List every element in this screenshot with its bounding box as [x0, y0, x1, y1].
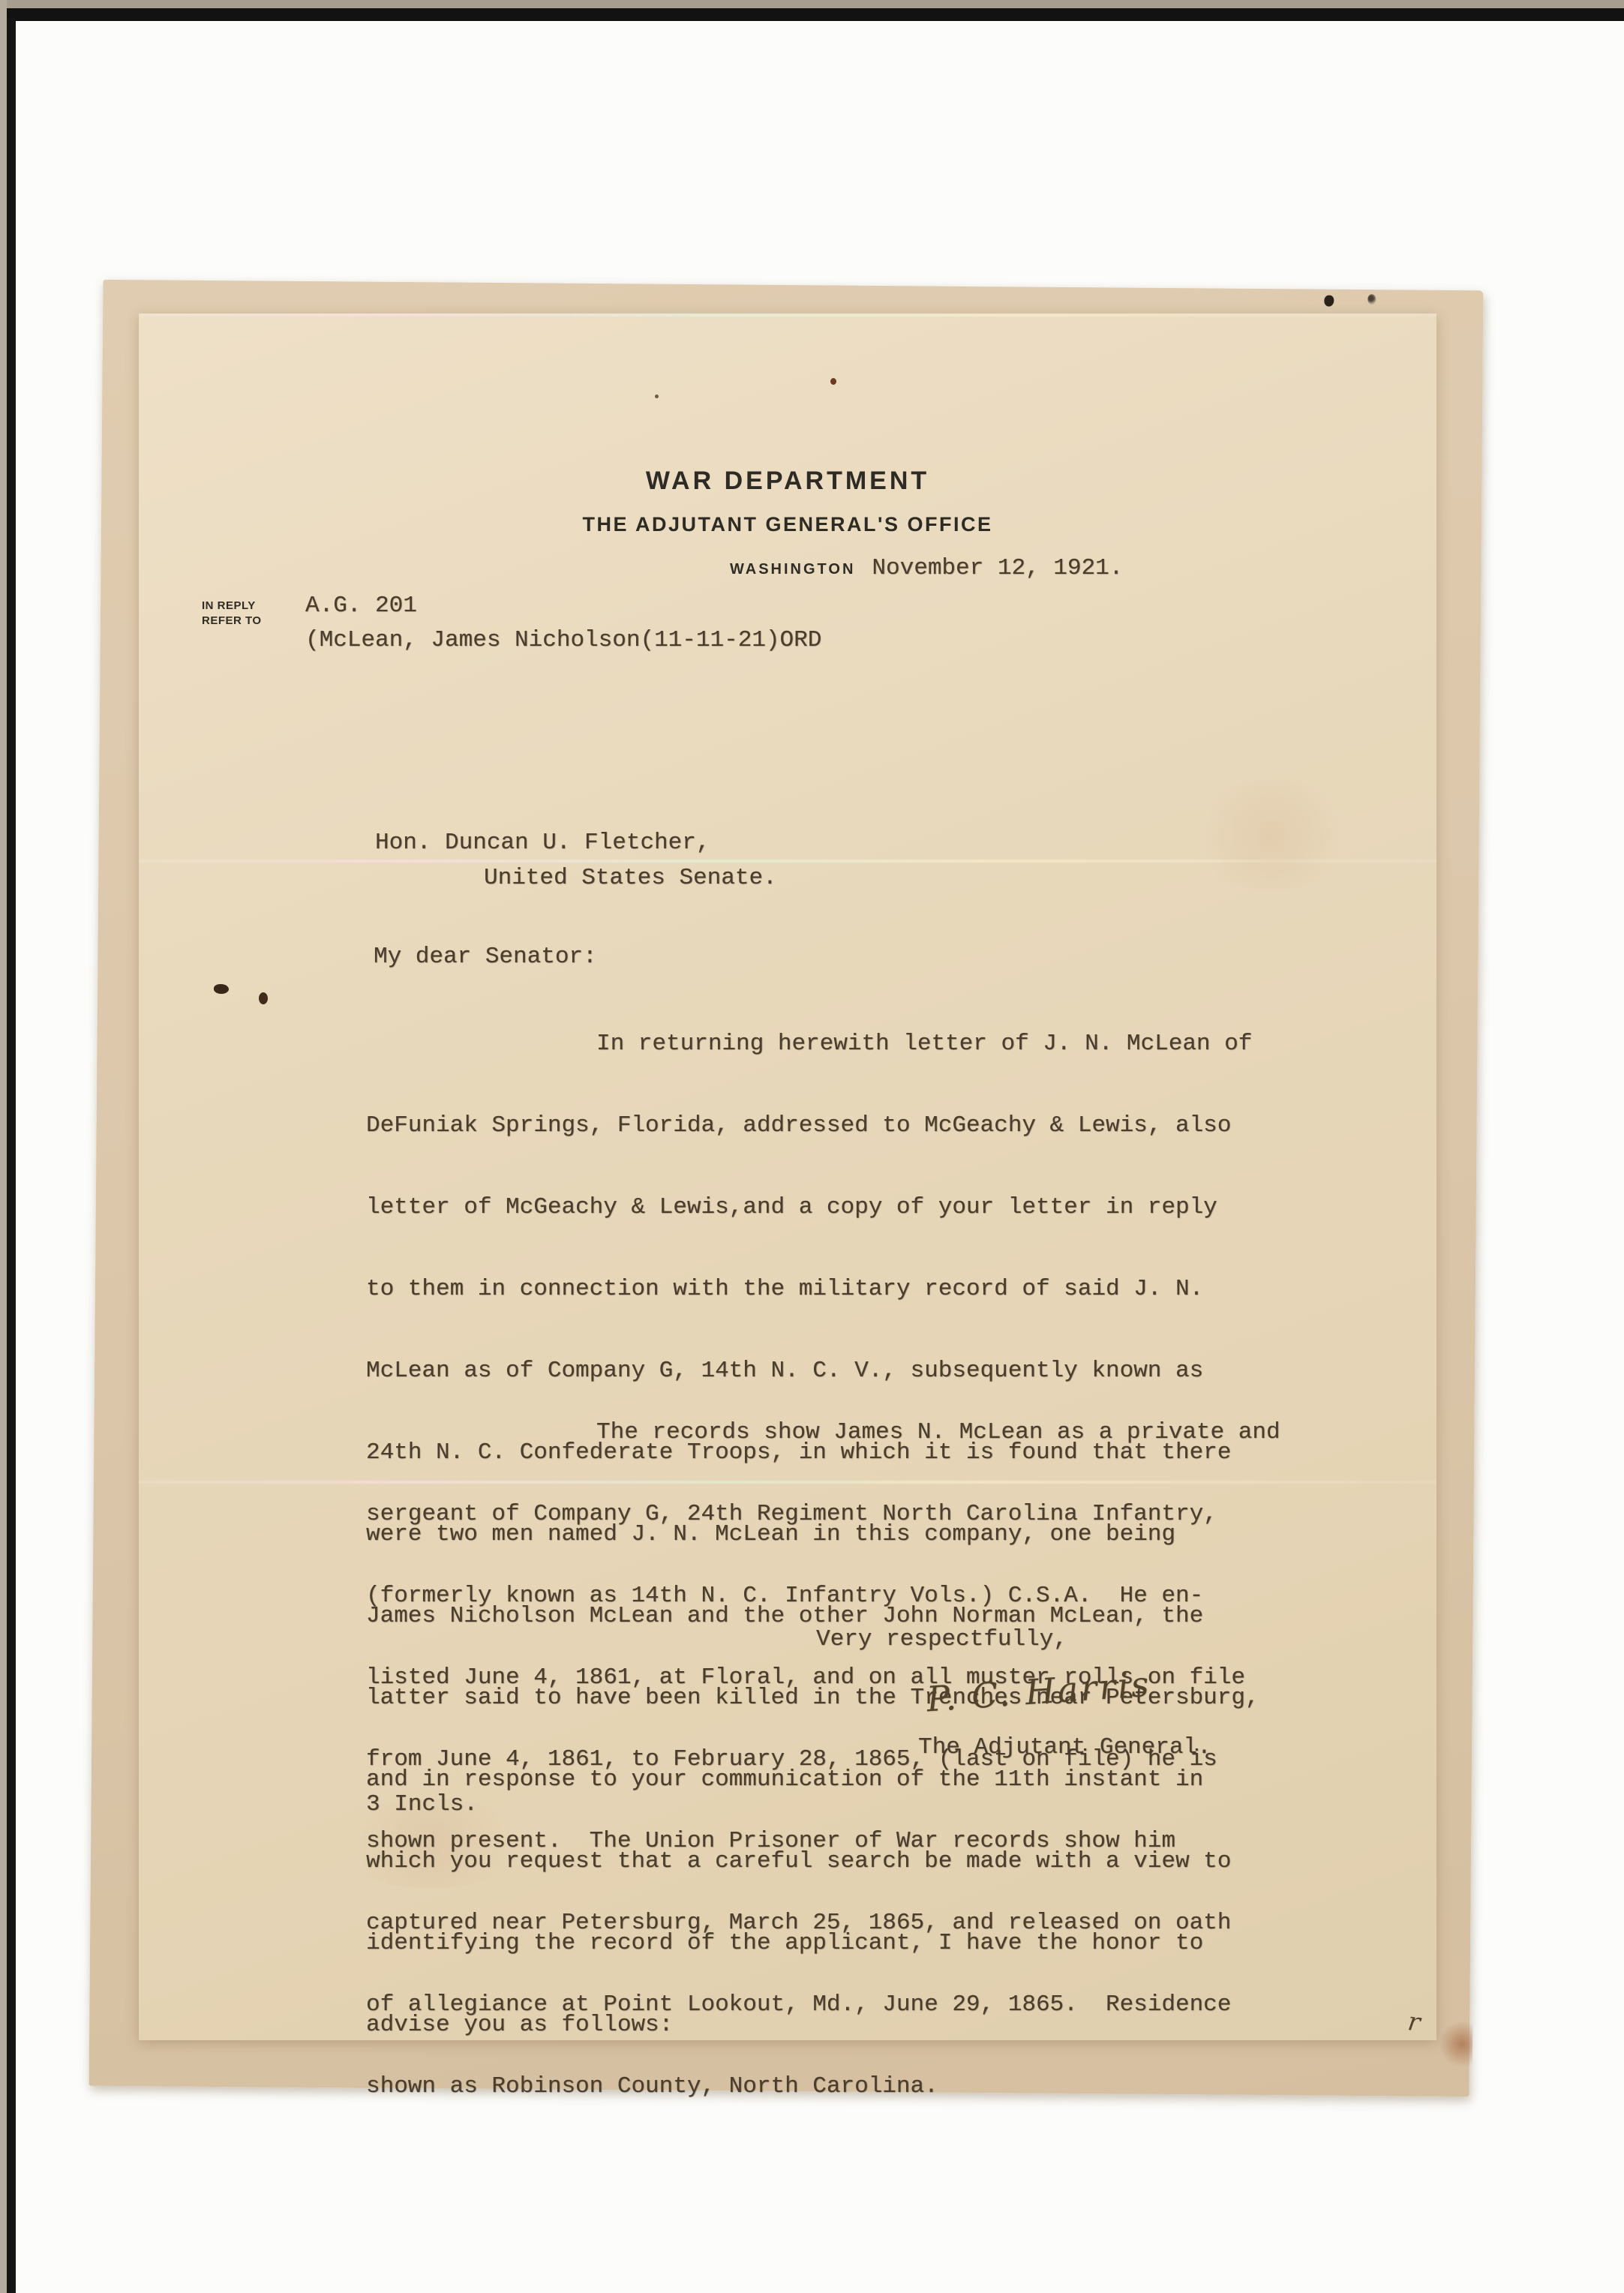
valediction: Very respectfully, [816, 1626, 1067, 1652]
ink-dot [1367, 294, 1376, 305]
letterhead-department: WAR DEPARTMENT [139, 467, 1436, 496]
salutation: My dear Senator: [374, 944, 597, 970]
letterhead-city: WASHINGTON [730, 561, 855, 578]
paper-crease [139, 314, 1436, 317]
body-line: shown as Robinson County, North Carolina… [366, 2072, 1341, 2101]
refer-to-line: REFER TO [202, 614, 262, 629]
letter-date: November 12, 1921. [872, 555, 1123, 581]
file-reference: (McLean, James Nicholson(11-11-21)ORD [305, 627, 821, 653]
body-line: The records show James N. McLean as a pr… [366, 1418, 1341, 1447]
body-line: In returning herewith letter of J. N. Mc… [366, 1029, 1341, 1058]
body-line: to them in connection with the military … [366, 1274, 1341, 1304]
body-line: shown present. The Union Prisoner of War… [366, 1826, 1341, 1856]
recipient-org: United States Senate. [484, 865, 777, 891]
scanner-edge-top-black [0, 8, 1624, 21]
letter-page: WAR DEPARTMENT THE ADJUTANT GENERAL'S OF… [139, 314, 1436, 2040]
body-line: sergeant of Company G, 24th Regiment Nor… [366, 1499, 1341, 1529]
scanner-edge-left-black [7, 18, 16, 2293]
in-reply-line: IN REPLY [202, 599, 262, 614]
signer-title: The Adjutant General. [918, 1734, 1211, 1760]
paper-stain [1189, 779, 1354, 891]
enclosures-note: 3 Incls. [366, 1791, 478, 1817]
ink-speck [259, 992, 268, 1004]
body-line: (formerly known as 14th N. C. Infantry V… [366, 1581, 1341, 1610]
body-line: DeFuniak Springs, Florida, addressed to … [366, 1111, 1341, 1140]
handwritten-margin-mark: r [1406, 2006, 1422, 2038]
in-reply-refer-to-label: IN REPLY REFER TO [202, 599, 262, 629]
body-line: captured near Petersburg, March 25, 1865… [366, 1908, 1341, 1937]
scanner-edge-top-gray [0, 0, 1624, 8]
ink-dot [1324, 296, 1334, 307]
body-line: letter of McGeachy & Lewis,and a copy of… [366, 1193, 1341, 1222]
body-line: of allegiance at Point Lookout, Md., Jun… [366, 1990, 1341, 2019]
ink-speck [214, 984, 229, 994]
recipient-name: Hon. Duncan U. Fletcher, [375, 830, 710, 856]
dateline: WASHINGTON November 12, 1921. [730, 555, 1123, 581]
corner-smudge [1438, 2021, 1472, 2066]
letterhead-office: THE ADJUTANT GENERAL'S OFFICE [139, 513, 1436, 536]
ink-speck [655, 395, 659, 398]
body-line: listed June 4, 1861, at Floral, and on a… [366, 1663, 1341, 1692]
file-number: A.G. 201 [305, 593, 417, 619]
scanner-edge-left-gray [0, 0, 7, 2293]
ink-speck [830, 378, 836, 385]
